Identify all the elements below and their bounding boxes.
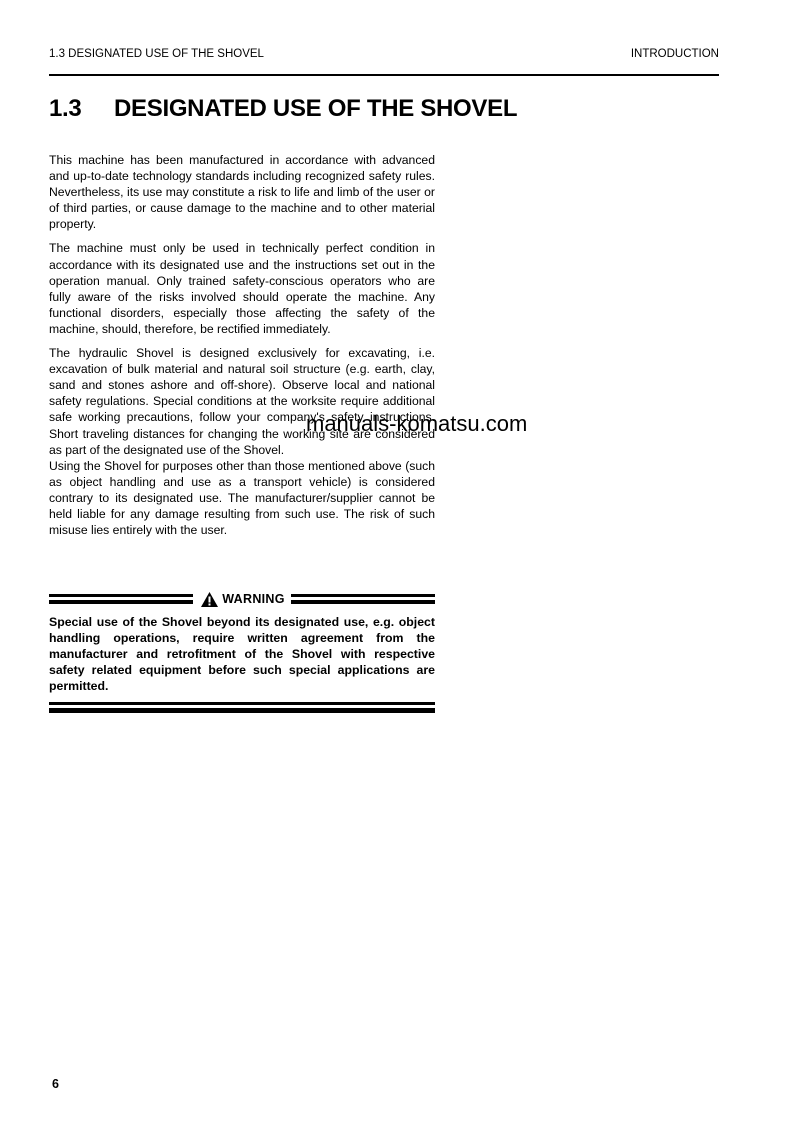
running-header: 1.3 DESIGNATED USE OF THE SHOVEL INTRODU… [49, 47, 719, 61]
warning-end-thin-line [49, 702, 435, 705]
section-title: 1.3 DESIGNATED USE OF THE SHOVEL [49, 94, 517, 124]
paragraph-misuse: Using the Shovel for purposes other than… [49, 458, 435, 538]
warning-end-rule [49, 702, 435, 713]
warning-rule-right [291, 594, 435, 605]
warning-label-group: WARNING [193, 592, 291, 607]
warning-end-thick-line [49, 708, 435, 713]
paragraph-designated-use: The hydraulic Shovel is designed exclusi… [49, 345, 435, 458]
header-section-label: 1.3 DESIGNATED USE OF THE SHOVEL [49, 47, 264, 61]
paragraph-condition: The machine must only be used in technic… [49, 240, 435, 337]
header-chapter-label: INTRODUCTION [631, 47, 719, 61]
body-text: This machine has been manufactured in ac… [49, 152, 435, 546]
watermark: manuals-komatsu.com [306, 411, 527, 437]
warning-label: WARNING [222, 592, 285, 606]
section-number: 1.3 [49, 94, 114, 124]
header-rule [49, 74, 719, 76]
section-heading: DESIGNATED USE OF THE SHOVEL [114, 94, 517, 124]
paragraph-intro: This machine has been manufactured in ac… [49, 152, 435, 232]
warning-text: Special use of the Shovel beyond its des… [49, 614, 435, 694]
warning-rule-left [49, 594, 193, 605]
page-number: 6 [52, 1077, 59, 1091]
warning-triangle-icon [201, 592, 218, 607]
warning-header: WARNING [49, 591, 435, 607]
